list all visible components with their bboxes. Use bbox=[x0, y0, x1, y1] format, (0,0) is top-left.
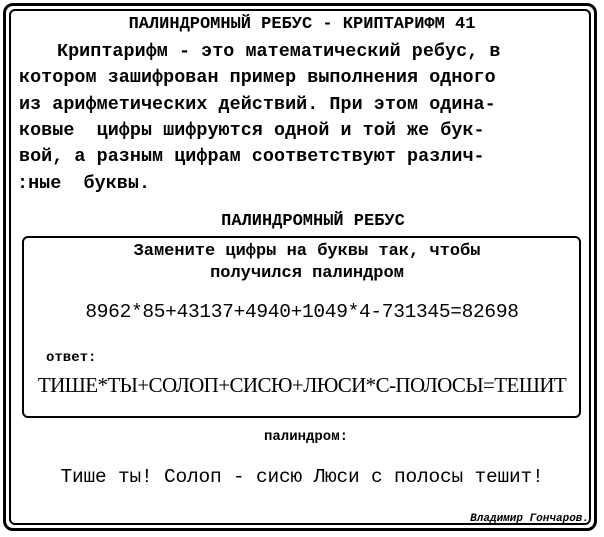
numeric-equation: 8962*85+43137+4940+1049*4-731345=82698 bbox=[0, 303, 604, 323]
answer-label: ответ: bbox=[46, 351, 96, 365]
intro-line-6: :ные буквы. bbox=[17, 175, 150, 193]
page-title: ПАЛИНДРОМНЫЙ РЕБУС - КРИПТАРИФМ 41 bbox=[0, 16, 604, 33]
intro-line-3: из арифметических действий. При этом оди… bbox=[19, 96, 496, 114]
section-subtitle: ПАЛИНДРОМНЫЙ РЕБУС bbox=[0, 213, 604, 230]
intro-line-2: котором зашифрован пример выполнения одн… bbox=[19, 69, 496, 87]
author-signature: Владимир Гончаров. bbox=[470, 514, 589, 525]
task-instruction-line-1: Замените цифры на буквы так, чтобы bbox=[0, 243, 604, 260]
answer-equation: ТИШЕ*ТЫ+СОЛОП+СИСЮ+ЛЮСИ*С-ПОЛОСЫ=ТЕШИТ bbox=[0, 375, 604, 396]
palindrome-label: палиндром: bbox=[0, 430, 604, 444]
intro-line-5: вой, а разным цифрам соответствуют разли… bbox=[19, 148, 485, 166]
palindrome-text: Тише ты! Солоп - сисю Люси с полосы теши… bbox=[0, 468, 604, 488]
intro-line-4: ковые цифры шифруются одной и той же бук… bbox=[19, 122, 485, 140]
intro-line-1: Криптарифм - это математический ребус, в bbox=[57, 43, 500, 61]
task-instruction-line-2: получился палиндром bbox=[0, 265, 604, 282]
